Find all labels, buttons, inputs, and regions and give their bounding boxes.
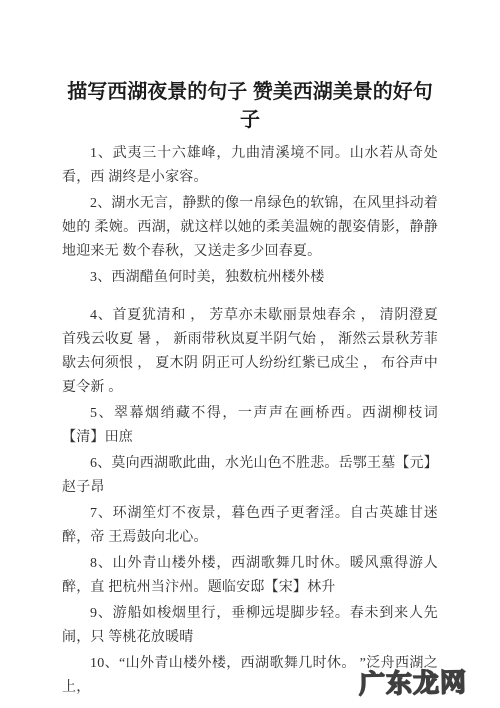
sentence-item: 4、首夏犹清和 ， 芳草亦未歇丽景烛春余 ， 清阴澄夏首残云收夏 暑 ， 新雨带… [62,304,438,400]
sentence-item: 9、游船如梭烟里行，垂柳远堤脚步轻。春未到来人先闹，只 等桃花放暖晴 [62,602,438,650]
sentence-item: 6、莫向西湖歌此曲，水光山色不胜悲。岳鄂王墓【元】赵子昂 [62,452,438,500]
sentence-item: 5、翠幕烟绡藏不得，一声声在画桥西。西湖柳枝词【清】田庶 [62,402,438,450]
document-content: 描写西湖夜景的句子 赞美西湖美景的好句子 1、武夷三十六雄峰，九曲清溪境不同。山… [62,0,438,700]
document-page: 描写西湖夜景的句子 赞美西湖美景的好句子 1、武夷三十六雄峰，九曲清溪境不同。山… [0,0,500,708]
sentence-item: 8、山外青山楼外楼，西湖歌舞几时休。暖风熏得游人醉，直 把杭州当汴州。题临安邸【… [62,552,438,600]
sentence-list: 1、武夷三十六雄峰，九曲清溪境不同。山水若从奇处看，西 湖终是小家容。2、湖水无… [62,142,438,700]
sentence-item: 3、西湖醋鱼何时美，独数杭州楼外楼 [62,266,438,290]
sentence-item: 7、环湖笙灯不夜景，暮色西子更奢淫。自古英雄甘迷醉，帝 王焉鼓向北心。 [62,502,438,550]
page-title: 描写西湖夜景的句子 赞美西湖美景的好句子 [62,78,438,134]
sentence-item: 2、湖水无言，静默的像一帛绿色的软锦，在风里抖动着她的 柔婉。西湖，就这样以她的… [62,192,438,264]
watermark-logo: 广东龙网 [359,662,468,701]
sentence-item: 1、武夷三十六雄峰，九曲清溪境不同。山水若从奇处看，西 湖终是小家容。 [62,142,438,190]
